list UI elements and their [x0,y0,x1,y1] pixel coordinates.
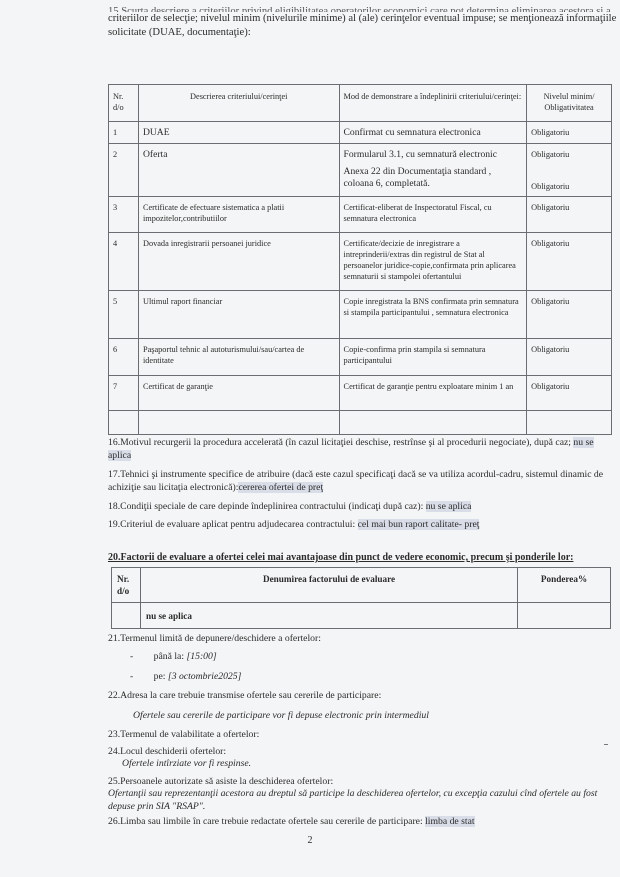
item-26-number: 26 [108,816,118,827]
item-19-number: 19 [108,519,118,530]
item-24-text: .Locul deschiderii ofertelor: [118,746,226,757]
table-row: nu se aplica [112,603,611,629]
on-label: pe: [154,671,168,682]
cell-nr [112,603,141,629]
cell-nr: 5 [109,291,139,339]
cell-nivel: Obligatoriu Obligatoriu [527,144,612,197]
header-mod: Mod de demonstrare a îndeplinirii criter… [339,85,527,122]
cell-nivel-2: Obligatoriu [531,181,607,192]
cell-descriere: Oferta [138,144,339,197]
section-15-intro: 15.Scurta descriere a criteriilor privin… [108,8,618,40]
page-number: 2 [0,835,620,846]
header-denumire: Denumirea factorului de evaluare [140,568,517,603]
cell-pondere [518,603,611,629]
cell-mod: Certificate/decizie de inregistrare a in… [339,233,527,291]
item-17-text: .Tehnici şi instrumente specifice de atr… [108,469,603,493]
cell-nivel: Obligatoriu [527,233,612,291]
cell-mod: Copie inregistrata la BNS confirmata pri… [339,291,527,339]
header-descriere: Descrierea criteriului/cerinţei [138,85,339,122]
cell-nr: 1 [109,122,139,144]
cell-descriere: Dovada inregistrarii persoanei juridice [138,233,339,291]
table-row: 1 DUAE Confirmat cu semnatura electronic… [109,122,612,144]
cell-descriere: Certificate de efectuare sistematica a p… [138,197,339,233]
cell-descriere: Ultimul raport financiar [138,291,339,339]
item-25-detail: Ofertanţii sau reprezentanţii acestora a… [108,787,618,813]
cell-mod [339,411,527,435]
table-row: 7 Certificat de garanţie Certificat de g… [109,376,612,411]
table-row-empty [109,411,612,435]
item-18: 18.Condiţii speciale de care depinde înd… [108,500,613,513]
cell-nivel: Obligatoriu [527,376,612,411]
item-19-text: .Criteriul de evaluare aplicat pentru ad… [118,519,358,530]
cell-nivel-1: Obligatoriu [531,149,607,160]
factors-table: Nr. d/o Denumirea factorului de evaluare… [111,567,611,629]
cell-descriere: Paşaportul tehnic al autoturismului/sau/… [138,339,339,376]
item-26-value: limba de stat [425,816,475,827]
table-row: 5 Ultimul raport financiar Copie inregis… [109,291,612,339]
document-page: 15.Scurta descriere a criteriilor privin… [0,0,620,877]
item-24-detail: Ofertele intîrziate vor fi respinse. [122,757,620,770]
cell-nivel: Obligatoriu [527,291,612,339]
cell-mod: Confirmat cu semnatura electronica [339,122,527,144]
cell-nivel [527,411,612,435]
item-17: 17.Tehnici şi instrumente specifice de a… [108,468,613,494]
item-26: 26.Limba sau limbile în care trebuie red… [108,815,613,828]
table-row: 2 Oferta Formularul 3.1, cu semnatură el… [109,144,612,197]
item-18-text: .Condiţii speciale de care depinde îndep… [118,501,426,512]
cell-descriere: Certificat de garanţie [138,376,339,411]
cell-mod: Certificat de garanţie pentru exploatare… [339,376,527,411]
item-21-text: .Termenul limită de depunere/deschidere … [118,633,321,644]
section-15-cut-line: 15.Scurta descriere a criteriilor privin… [108,5,618,12]
item-21: 21.Termenul limită de depunere/deschider… [108,632,613,645]
until-label: până la: [154,651,187,662]
item-17-number: 17 [108,469,118,480]
cell-nr: 7 [109,376,139,411]
bullet-dash: - [130,651,133,662]
cell-nivel: Obligatoriu [527,197,612,233]
item-16: 16.Motivul recurgerii la procedura accel… [108,436,613,462]
item-19: 19.Criteriul de evaluare aplicat pentru … [108,518,613,531]
item-24-number: 24 [108,746,118,757]
item-25-text: .Persoanele autorizate să asiste la desc… [118,776,333,787]
item-23-number: 23 [108,729,118,740]
header-pondere: Ponderea% [518,568,611,603]
item-26-text: .Limba sau limbile în care trebuie redac… [118,816,425,827]
item-25-number: 25 [108,776,118,787]
cell-descriere [138,411,339,435]
item-16-text: .Motivul recurgerii la procedura acceler… [118,437,571,448]
cell-mod: Formularul 3.1, cu semnatură electronic … [339,144,527,197]
item-20-heading: 20.Factorii de evaluare a ofertei celei … [108,551,613,564]
factors-table-header: Nr. d/o Denumirea factorului de evaluare… [112,568,611,603]
item-22-number: 22 [108,690,118,701]
cell-mod: Copie-confirma prin stampila si semnatur… [339,339,527,376]
cell-mod-line-1: Formularul 3.1, cu semnatură electronic [344,149,523,161]
margin-mark [604,744,608,745]
cell-nr: 6 [109,339,139,376]
cell-nivel: Obligatoriu [527,122,612,144]
bullet-dash: - [130,671,133,682]
cell-nr: 3 [109,197,139,233]
item-22: 22.Adresa la care trebuie transmise ofer… [108,689,613,702]
on-value: [3 octombrie2025] [168,671,241,682]
cell-nr [109,411,139,435]
section-15-line-2: criteriilor de selecţie; nivelul minim (… [108,13,616,24]
item-21-on: - pe: [3 octombrie2025] [130,671,241,682]
cell-mod: Certificat-eliberat de Inspectoratul Fis… [339,197,527,233]
item-22-text: .Adresa la care trebuie transmise oferte… [118,690,382,701]
header-nivel: Nivelul minim/ Obligativitatea [527,85,612,122]
cell-nr: 2 [109,144,139,197]
cell-mod-line-2: Anexa 22 din Documentaţia standard , col… [344,166,523,190]
item-16-number: 16 [108,437,118,448]
header-nr: Nr. d/o [112,568,141,603]
item-17-value: cererea ofertei de preţ [238,482,323,493]
cell-denumire: nu se aplica [140,603,517,629]
item-22-detail: Ofertele sau cererile de participare vor… [133,709,620,722]
criteria-table: Nr. d/o Descrierea criteriului/cerinţei … [108,84,612,435]
until-value: [15:00] [186,651,216,662]
table-row: 4 Dovada inregistrarii persoanei juridic… [109,233,612,291]
item-18-value: nu se aplica [426,501,472,512]
item-21-number: 21 [108,633,118,644]
table-row: 3 Certificate de efectuare sistematica a… [109,197,612,233]
item-18-number: 18 [108,501,118,512]
item-23: 23.Termenul de valabilitate a ofertelor: [108,728,613,741]
criteria-table-header: Nr. d/o Descrierea criteriului/cerinţei … [109,85,612,122]
item-23-text: .Termenul de valabilitate a ofertelor: [118,729,260,740]
item-21-until: - până la: [15:00] [130,651,217,662]
cell-nr: 4 [109,233,139,291]
cell-descriere: DUAE [138,122,339,144]
header-nr: Nr. d/o [109,85,139,122]
table-row: 6 Paşaportul tehnic al autoturismului/sa… [109,339,612,376]
item-19-value: cel mai bun raport calitate- preţ [358,519,480,530]
section-15-line-3: solicitate (DUAE, documentaţie): [108,27,251,38]
cell-nivel: Obligatoriu [527,339,612,376]
